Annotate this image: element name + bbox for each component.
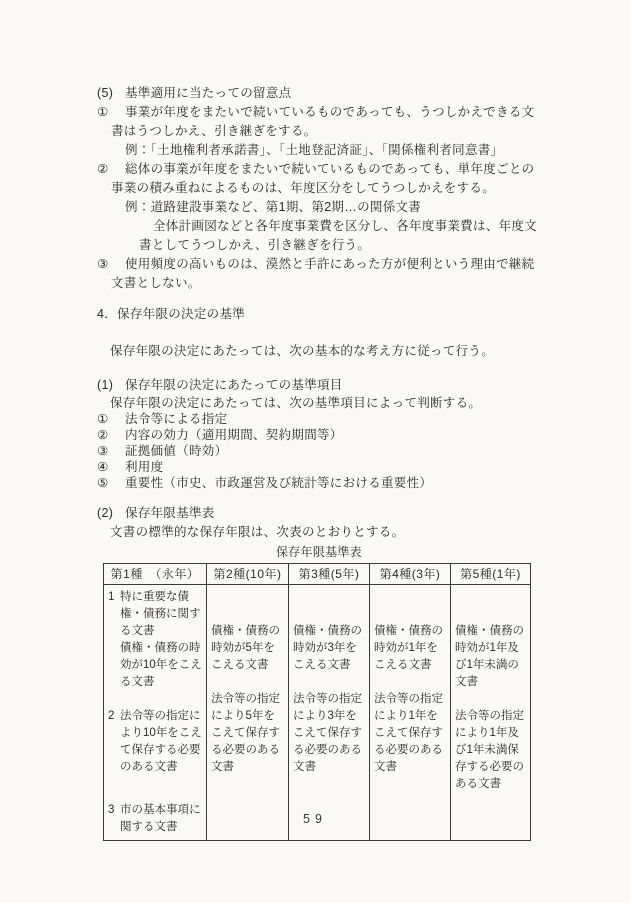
subsection-1: (1)保存年限の決定にあたっての基準項目 保存年限の決定にあたっては、次の基準項… bbox=[97, 376, 545, 491]
subsection-2-heading: (2)保存年限基準表 bbox=[97, 504, 545, 523]
item-text: 法令等による指定 bbox=[125, 412, 227, 426]
example-note-line: 全体計画図などと各年度事業費を区分し、各年度事業費は、年度文書としてうつしかえ、… bbox=[97, 217, 545, 255]
criteria-item: ⑤重要性（市史、市政運営及び統計等における重要性） bbox=[97, 475, 545, 491]
item-marker: ② bbox=[97, 427, 125, 443]
cell-spacer bbox=[374, 589, 447, 623]
subsection-2-intro: 文書の標準的な保存年限は、次表のとおりとする。 bbox=[97, 523, 545, 542]
item-text: 利用度 bbox=[125, 460, 163, 474]
subsection-2: (2)保存年限基準表 文書の標準的な保存年限は、次表のとおりとする。 保存年限基… bbox=[97, 504, 545, 841]
criteria-item: ③証拠価値（時効） bbox=[97, 443, 545, 459]
cell-paragraph: 法令等の指定により1年及び1年未満保存する必要のある文書 bbox=[455, 708, 527, 793]
column-header-class3: 第3種(5年) bbox=[289, 564, 370, 585]
table-cell-class5: 債権・債務の時効が1年及び1年未満の文書 法令等の指定により1年及び1年未満保存… bbox=[451, 585, 531, 841]
cell-text: 特に重要な債権・債務に関する文書 bbox=[120, 591, 201, 637]
subsection-1-heading-text: 保存年限の決定にあたっての基準項目 bbox=[125, 378, 343, 392]
criteria-item: ②内容の効力（適用期間、契約期間等） bbox=[97, 427, 545, 443]
cell-paragraph: 2法令等の指定により10年をこえて保存する必要のある文書 bbox=[108, 708, 203, 776]
table-header-row: 第1種 （永年） 第2種(10年) 第3種(5年) 第4種(3年) 第5種(1年… bbox=[104, 564, 531, 585]
subsection-2-heading-text: 保存年限基準表 bbox=[125, 506, 215, 520]
table-cell-class4: 債権・債務の時効が1年をこえる文書 法令等の指定により1年をこえて保存する必要の… bbox=[370, 585, 451, 841]
example-line: 例：「土地権利者承諾書」、「土地登記済証」、「関係権利者同意書」 bbox=[97, 141, 545, 160]
cell-spacer bbox=[293, 589, 366, 623]
list-item: ②総体の事業が年度をまたいで続いているものであっても、単年度ごとの事業の積み重ね… bbox=[97, 160, 545, 198]
item-text: 証拠価値（時効） bbox=[125, 444, 227, 458]
section-5-marker: (5) bbox=[97, 84, 125, 103]
column-header-class2: 第2種(10年) bbox=[207, 564, 289, 585]
cell-text: 法令等の指定により10年をこえて保存する必要のある文書 bbox=[120, 710, 202, 773]
item-number: 2 bbox=[108, 708, 120, 725]
subsection-1-heading: (1)保存年限の決定にあたっての基準項目 bbox=[97, 376, 545, 395]
item-marker: ① bbox=[97, 411, 125, 427]
retention-period-table: 第1種 （永年） 第2種(10年) 第3種(5年) 第4種(3年) 第5種(1年… bbox=[103, 563, 531, 841]
scanned-document-page: (5)基準適用に当たっての留意点 ①事業が年度をまたいで続いているものであっても… bbox=[0, 0, 630, 903]
item-text: 使用頻度の高いものは、漠然と手許にあった方が便利という理由で継続文書としない。 bbox=[111, 257, 534, 290]
item-text: 事業が年度をまたいで続いているものであっても、うつしかえできる文書はうつしかえ、… bbox=[111, 105, 534, 138]
table-cell-class3: 債権・債務の時効が3年をこえる文書 法令等の指定により3年をこえて保存する必要の… bbox=[289, 585, 370, 841]
document-body: (5)基準適用に当たっての留意点 ①事業が年度をまたいで続いているものであっても… bbox=[97, 84, 545, 841]
cell-spacer bbox=[211, 589, 285, 623]
column-header-class4: 第4種(3年) bbox=[370, 564, 451, 585]
criteria-list: ①法令等による指定 ②内容の効力（適用期間、契約期間等） ③証拠価値（時効） ④… bbox=[97, 411, 545, 491]
item-marker: ① bbox=[97, 103, 125, 122]
item-number: 1 bbox=[108, 589, 120, 606]
list-item: ①事業が年度をまたいで続いているものであっても、うつしかえできる文書はうつしかえ… bbox=[97, 103, 545, 141]
item-marker: ④ bbox=[97, 459, 125, 475]
page-number: 59 bbox=[0, 812, 630, 826]
table-body-row: 1特に重要な債権・債務に関する文書 債権・債務の時効が10年をこえる文書 2法令… bbox=[104, 585, 531, 841]
item-marker: ⑤ bbox=[97, 475, 125, 491]
cell-paragraph: 1特に重要な債権・債務に関する文書 bbox=[108, 589, 203, 640]
cell-spacer bbox=[455, 589, 527, 623]
item-text: 内容の効力（適用期間、契約期間等） bbox=[125, 428, 343, 442]
subsection-1-intro: 保存年限の決定にあたっては、次の基準項目によって判断する。 bbox=[97, 395, 545, 411]
cell-paragraph: 債権・債務の時効が3年をこえる文書 bbox=[293, 623, 366, 674]
section-5-heading-text: 基準適用に当たっての留意点 bbox=[125, 86, 291, 100]
item-text: 総体の事業が年度をまたいで続いているものであっても、単年度ごとの事業の積み重ねに… bbox=[111, 162, 534, 195]
item-marker: ② bbox=[97, 160, 125, 179]
example-line: 例：道路建設事業など、第1期、第2期…の関係文書 bbox=[97, 198, 545, 217]
table-title: 保存年限基準表 bbox=[103, 544, 535, 560]
criteria-item: ④利用度 bbox=[97, 459, 545, 475]
cell-paragraph: 債権・債務の時効が1年をこえる文書 bbox=[374, 623, 447, 674]
subsection-2-marker: (2) bbox=[97, 504, 125, 523]
column-header-class1: 第1種 （永年） bbox=[104, 564, 207, 585]
section-4-heading: 4．保存年限の決定の基準 bbox=[97, 305, 545, 324]
cell-paragraph: 法令等の指定により3年をこえて保存する必要のある文書 bbox=[293, 691, 366, 776]
table-cell-class2: 債権・債務の時効が5年をこえる文書 法令等の指定により5年をこえて保存する必要の… bbox=[207, 585, 289, 841]
list-item: ③使用頻度の高いものは、漠然と手許にあった方が便利という理由で継続文書としない。 bbox=[97, 255, 545, 293]
item-marker: ③ bbox=[97, 255, 125, 274]
section-4: 4．保存年限の決定の基準 保存年限の決定にあたっては、次の基本的な考え方に従って… bbox=[97, 305, 545, 841]
section-5: (5)基準適用に当たっての留意点 ①事業が年度をまたいで続いているものであっても… bbox=[97, 84, 545, 293]
cell-paragraph: 債権・債務の時効が5年をこえる文書 bbox=[211, 623, 285, 674]
column-header-class5: 第5種(1年) bbox=[451, 564, 531, 585]
section-5-heading: (5)基準適用に当たっての留意点 bbox=[97, 84, 545, 103]
criteria-item: ①法令等による指定 bbox=[97, 411, 545, 427]
item-text: 重要性（市史、市政運営及び統計等における重要性） bbox=[125, 476, 432, 490]
cell-paragraph: 債権・債務の時効が10年をこえる文書 bbox=[108, 640, 203, 691]
cell-paragraph: 法令等の指定により1年をこえて保存する必要のある文書 bbox=[374, 691, 447, 776]
subsection-1-marker: (1) bbox=[97, 376, 125, 395]
cell-paragraph: 法令等の指定により5年をこえて保存する必要のある文書 bbox=[211, 691, 285, 776]
item-marker: ③ bbox=[97, 443, 125, 459]
table-cell-class1: 1特に重要な債権・債務に関する文書 債権・債務の時効が10年をこえる文書 2法令… bbox=[104, 585, 207, 841]
cell-paragraph: 債権・債務の時効が1年及び1年未満の文書 bbox=[455, 623, 527, 691]
section-4-intro: 保存年限の決定にあたっては、次の基本的な考え方に従って行う。 bbox=[97, 342, 545, 361]
